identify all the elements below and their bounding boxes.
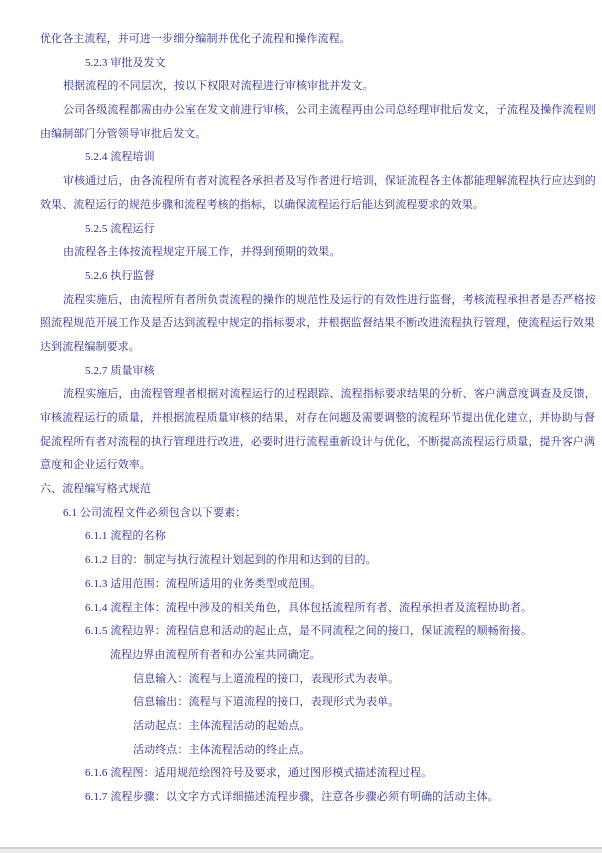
doc-line: 5.2.4 流程培训 xyxy=(0,146,602,170)
doc-line: 6.1.4 流程主体：流程中涉及的相关角色，具体包括流程所有者、流程承担者及流程… xyxy=(0,597,602,621)
doc-line: 活动终点：主体流程活动的终止点。 xyxy=(0,739,602,763)
doc-line: 审核流程运行的质量，并根据流程质量审核的结果，对存在问题及需要调整的流程环节提出… xyxy=(0,407,602,431)
doc-line: 流程边界由流程所有者和办公室共同确定。 xyxy=(0,644,602,668)
doc-line: 效果、流程运行的规范步骤和流程考核的指标，以确保流程运行后能达到流程要求的效果。 xyxy=(0,194,602,218)
doc-line: 5.2.7 质量审核 xyxy=(0,360,602,384)
doc-line: 达到流程编制要求。 xyxy=(0,336,602,360)
doc-line: 5.2.3 审批及发文 xyxy=(0,52,602,76)
doc-line: 6.1.6 流程图：适用规范绘图符号及要求，通过图形模式描述流程过程。 xyxy=(0,762,602,786)
page-bottom-edge xyxy=(0,847,602,853)
document-body: 优化各主流程，并可进一步细分编制并优化子流程和操作流程。5.2.3 审批及发文根… xyxy=(0,28,602,810)
doc-line: 6.1.2 目的：制定与执行流程计划起到的作用和达到的目的。 xyxy=(0,549,602,573)
doc-line: 促流程所有者对流程的执行管理进行改进，必要时进行流程重新设计与优化，不断提高流程… xyxy=(0,431,602,455)
doc-line: 流程实施后，由流程管理者根据对流程运行的过程跟踪、流程指标要求结果的分析、客户满… xyxy=(0,383,602,407)
document-page: 优化各主流程，并可进一步细分编制并优化子流程和操作流程。5.2.3 审批及发文根… xyxy=(0,0,602,847)
doc-line: 由流程各主体按流程规定开展工作，并得到预期的效果。 xyxy=(0,241,602,265)
doc-line: 审核通过后，由各流程所有者对流程各承担者及写作者进行培训，保证流程各主体都能理解… xyxy=(0,170,602,194)
doc-line: 信息输出：流程与下道流程的接口，表现形式为表单。 xyxy=(0,691,602,715)
doc-line: 6.1.1 流程的名称 xyxy=(0,525,602,549)
doc-line: 6.1.7 流程步骤：以文字方式详细描述流程步骤，注意各步骤必须有明确的活动主体… xyxy=(0,786,602,810)
doc-line: 意度和企业运行效率。 xyxy=(0,454,602,478)
doc-line: 由编制部门分管领导审批后发文。 xyxy=(0,123,602,147)
doc-line: 活动起点：主体流程活动的起始点。 xyxy=(0,715,602,739)
doc-line: 5.2.6 执行监督 xyxy=(0,265,602,289)
doc-line: 信息输入：流程与上道流程的接口，表现形式为表单。 xyxy=(0,668,602,692)
doc-line: 流程实施后，由流程所有者所负责流程的操作的规范性及运行的有效性进行监督，考核流程… xyxy=(0,289,602,313)
doc-line: 优化各主流程，并可进一步细分编制并优化子流程和操作流程。 xyxy=(0,28,602,52)
doc-line: 公司各级流程都需由办公室在发文前进行审核，公司主流程再由公司总经理审批后发文，子… xyxy=(0,99,602,123)
doc-line: 六、流程编写格式规范 xyxy=(0,478,602,502)
document-viewport: 优化各主流程，并可进一步细分编制并优化子流程和操作流程。5.2.3 审批及发文根… xyxy=(0,0,602,853)
doc-line: 根据流程的不同层次，按以下权限对流程进行审核审批并发文。 xyxy=(0,75,602,99)
doc-line: 6.1.3 适用范围：流程所适用的业务类型或范围。 xyxy=(0,573,602,597)
doc-line: 6.1 公司流程文件必须包含以下要素： xyxy=(0,502,602,526)
doc-line: 6.1.5 流程边界：流程信息和活动的起止点，是不同流程之间的接口，保证流程的顺… xyxy=(0,620,602,644)
doc-line: 5.2.5 流程运行 xyxy=(0,218,602,242)
doc-line: 照流程规范开展工作及是否达到流程中规定的指标要求，并根据监督结果不断改进流程执行… xyxy=(0,312,602,336)
